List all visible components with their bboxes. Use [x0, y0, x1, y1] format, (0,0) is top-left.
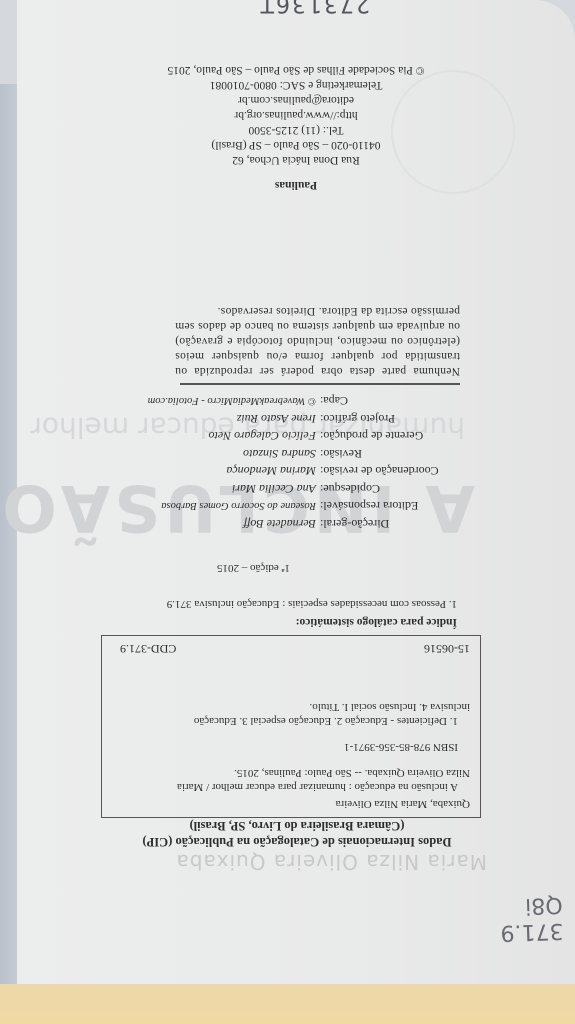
call-number-line2: Q8i: [499, 891, 563, 919]
credit-label: Direção-geral:: [316, 515, 460, 533]
credit-row: Projeto gráfico: Irene Asato Ruiz: [148, 410, 460, 428]
credit-row: Direção-geral: Bernadete Boff: [148, 515, 460, 533]
cip-bottom-row: 15-06516 CDD-371.9: [120, 642, 470, 656]
cip-subjects-line1: 1. Deficientes - Educação 2. Educação es…: [112, 714, 470, 728]
credit-label: Copidesque:: [316, 480, 460, 498]
publisher-website: http://www.paulinas.org.br: [17, 107, 575, 122]
credit-value: Marina Mendonça: [226, 462, 316, 480]
credit-value: Felício Calegaro Neto: [208, 427, 316, 445]
publisher-email: editora@paulinas.com.br: [17, 92, 575, 107]
credit-value: © WavebreakMediaMicro - Fotolia.com: [148, 392, 316, 410]
credits-list: Direção-geral: Bernadete Boff Editora re…: [148, 392, 460, 532]
cip-description-line1: A inclusão na educação : humanizar para …: [112, 780, 470, 794]
show-through-author: Maria Nilza Oliveira Quixaba: [176, 850, 488, 874]
credit-value: Ana Cecilia Mari: [232, 480, 316, 498]
cip-catalog-card: Quixaba, Maria Nilza Oliveira A inclusão…: [101, 635, 481, 818]
credit-value: Sandra Sinzato: [243, 445, 316, 463]
photographed-book-page: 371.9 Q8i Maria Nilza Oliveira Quixaba D…: [0, 0, 575, 1024]
credit-label: Capa:: [316, 392, 460, 410]
publisher-telemarketing: Telemarketing e SAC: 0800-7010081: [17, 77, 575, 92]
publisher-copyright: © Pia Sociedade Filhas de São Paulo – Sã…: [17, 62, 575, 77]
credit-row: Gerente de produção: Felício Calegaro Ne…: [148, 427, 460, 445]
rights-notice: Nenhuma parte desta obra poderá ser repr…: [175, 303, 460, 378]
handwritten-call-number: 371.9 Q8i: [499, 891, 564, 945]
cip-description-line2: Nilza Oliveira Quixaba. -- São Paulo: Pa…: [112, 766, 470, 780]
cip-control-number: 15-06516: [424, 642, 470, 656]
credit-row: Revisão: Sandra Sinzato: [148, 445, 460, 463]
cip-subjects-line2: inclusiva 4. Inclusão social I. Título.: [112, 700, 470, 714]
publisher-city: 04110-020 – São Paulo – SP (Brasil): [17, 137, 575, 152]
publisher-name: Paulinas: [17, 177, 575, 192]
credit-row: Coordenação de revisão: Marina Mendonça: [148, 462, 460, 480]
cip-isbn: ISBN 978-85-356-3971-1: [112, 740, 470, 754]
cip-title-line1: Dados Internacionais de Catalogação na P…: [82, 834, 512, 850]
edition-line: 1ª edição – 2015: [217, 562, 290, 574]
credit-label: Editora responsável:: [316, 497, 460, 515]
credit-label: Revisão:: [316, 445, 460, 463]
credit-row: Editora responsável: Roseane do Socorro …: [148, 497, 460, 515]
cip-cdd: CDD-371.9: [120, 642, 176, 656]
credit-value: Bernadete Boff: [244, 515, 316, 533]
publisher-address: Rua Dona Inácia Uchoa, 62: [17, 152, 575, 167]
rights-divider: [180, 383, 460, 385]
credit-value: Roseane do Socorro Gomes Barbosa: [161, 497, 316, 515]
index-title: Índice para catálogo sistemático:: [296, 616, 457, 628]
index-item: 1. Pessoas com necessidades especiais : …: [167, 598, 457, 610]
copyright-page: 371.9 Q8i Maria Nilza Oliveira Quixaba D…: [17, 0, 575, 984]
credit-label: Gerente de produção:: [316, 427, 460, 445]
publisher-phone: Tel.: (11) 2125-3500: [17, 122, 575, 137]
call-number-line1: 371.9: [500, 917, 564, 945]
handwritten-register-number: 273136T: [259, 0, 370, 16]
credit-label: Coordenação de revisão:: [316, 462, 460, 480]
credit-row: Copidesque: Ana Cecilia Mari: [148, 480, 460, 498]
publisher-block: Paulinas Rua Dona Inácia Uchoa, 62 04110…: [17, 62, 575, 192]
credit-row: Capa: © WavebreakMediaMicro - Fotolia.co…: [148, 392, 460, 410]
credit-label: Projeto gráfico:: [316, 410, 460, 428]
cip-heading: Dados Internacionais de Catalogação na P…: [82, 818, 512, 850]
cip-title-line2: (Câmara Brasileira do Livro, SP, Brasil): [82, 818, 512, 834]
credit-value: Irene Asato Ruiz: [237, 410, 316, 428]
cip-author: Quixaba, Maria Nilza Oliveira: [112, 797, 470, 811]
